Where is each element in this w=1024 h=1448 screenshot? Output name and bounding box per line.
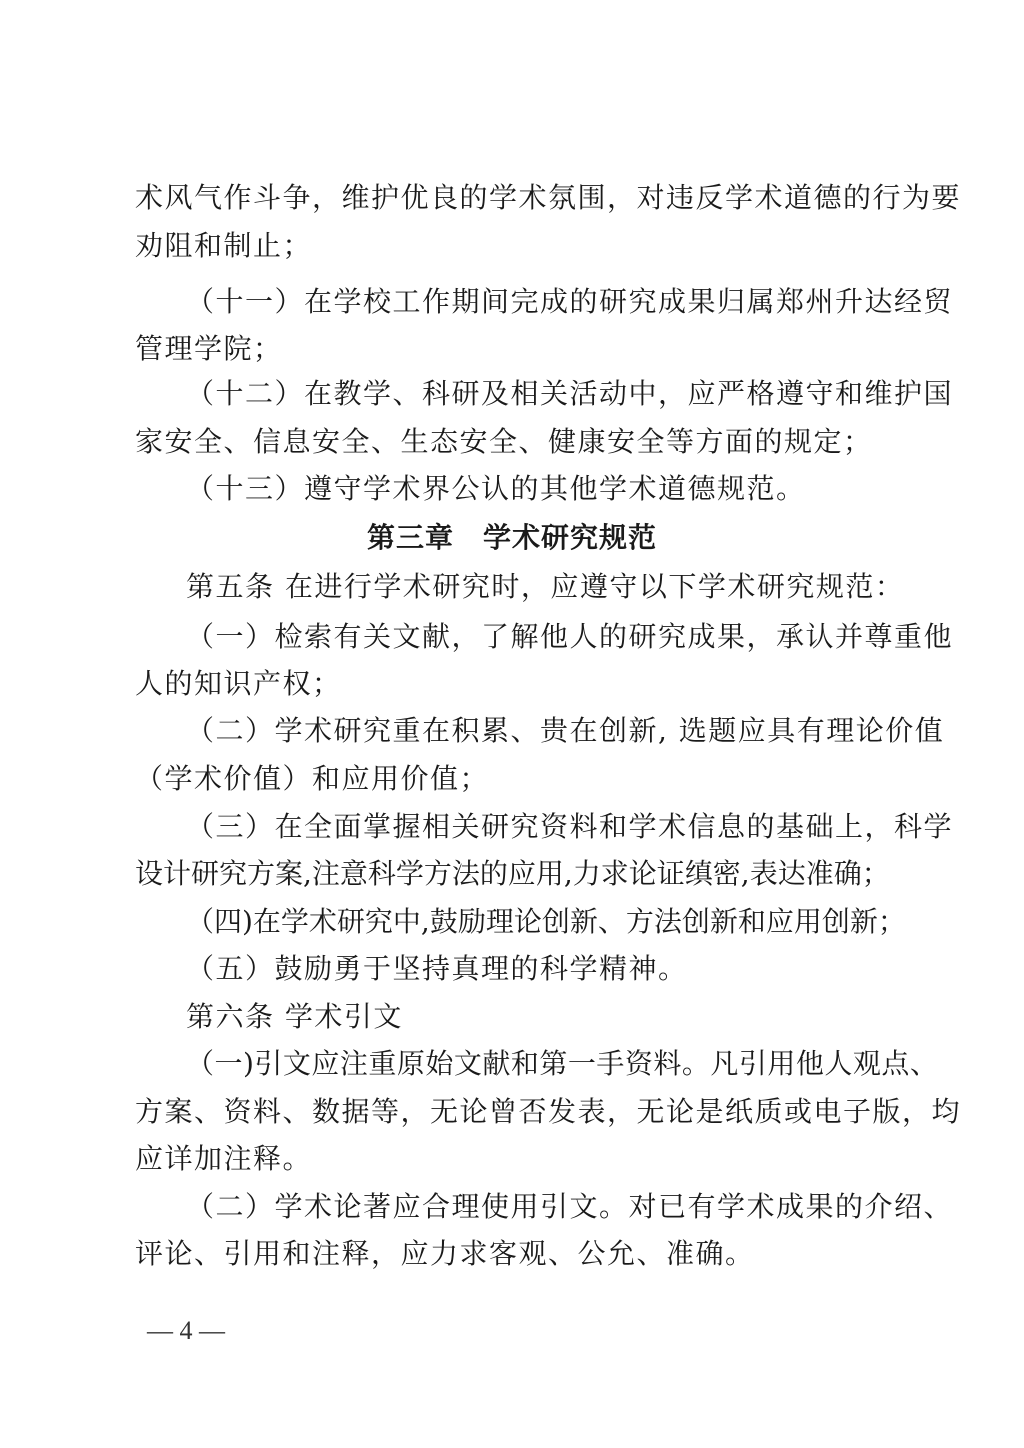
article-6-item-1-line3: 应详加注释。 <box>135 1142 895 1176</box>
article-5-title: 第五条 在进行学术研究时，应遵守以下学术研究规范： <box>186 570 946 604</box>
article-5-item-3-line2: 设计研究方案,注意科学方法的应用,力求论证缜密,表达准确； <box>135 857 895 891</box>
clause-11-continuation: 管理学院； <box>135 332 895 366</box>
article-5-item-2-line2: （学术价值）和应用价值； <box>135 762 895 796</box>
paragraph-line: 劝阻和制止； <box>135 229 895 263</box>
article-5-item-1-line2: 人的知识产权； <box>135 667 895 701</box>
clause-12-line: （十二）在教学、科研及相关活动中，应严格遵守和维护国 <box>186 377 946 411</box>
article-6-item-1-line2: 方案、资料、数据等，无论曾否发表，无论是纸质或电子版，均 <box>135 1095 895 1129</box>
article-6-item-2-line2: 评论、引用和注释，应力求客观、公允、准确。 <box>135 1237 895 1271</box>
document-page: 术风气作斗争，维护优良的学术氛围，对违反学术道德的行为要 劝阻和制止； （十一）… <box>0 0 1024 1448</box>
chapter-heading: 第三章 学术研究规范 <box>0 521 1024 555</box>
paragraph-line: 术风气作斗争，维护优良的学术氛围，对违反学术道德的行为要 <box>135 181 895 215</box>
clause-12-continuation: 家安全、信息安全、生态安全、健康安全等方面的规定； <box>135 425 895 459</box>
article-5-item-3-line1: （三）在全面掌握相关研究资料和学术信息的基础上，科学 <box>186 810 946 844</box>
article-6-item-2-line1: （二）学术论著应合理使用引文。对已有学术成果的介绍、 <box>186 1190 946 1224</box>
clause-11-line: （十一）在学校工作期间完成的研究成果归属郑州升达经贸 <box>186 285 946 319</box>
clause-13-line: （十三）遵守学术界公认的其他学术道德规范。 <box>186 472 946 506</box>
article-5-item-5: （五）鼓励勇于坚持真理的科学精神。 <box>186 952 946 986</box>
article-5-item-1-line1: （一）检索有关文献，了解他人的研究成果，承认并尊重他 <box>186 620 946 654</box>
article-5-item-4: （四)在学术研究中,鼓励理论创新、方法创新和应用创新； <box>186 905 946 939</box>
article-6-title: 第六条 学术引文 <box>186 1000 946 1034</box>
article-6-item-1-line1: （一)引文应注重原始文献和第一手资料。凡引用他人观点、 <box>186 1047 946 1081</box>
article-5-item-2-line1: （二）学术研究重在积累、贵在创新, 选题应具有理论价值 <box>186 714 946 748</box>
page-number: — 4 — <box>147 1316 225 1346</box>
